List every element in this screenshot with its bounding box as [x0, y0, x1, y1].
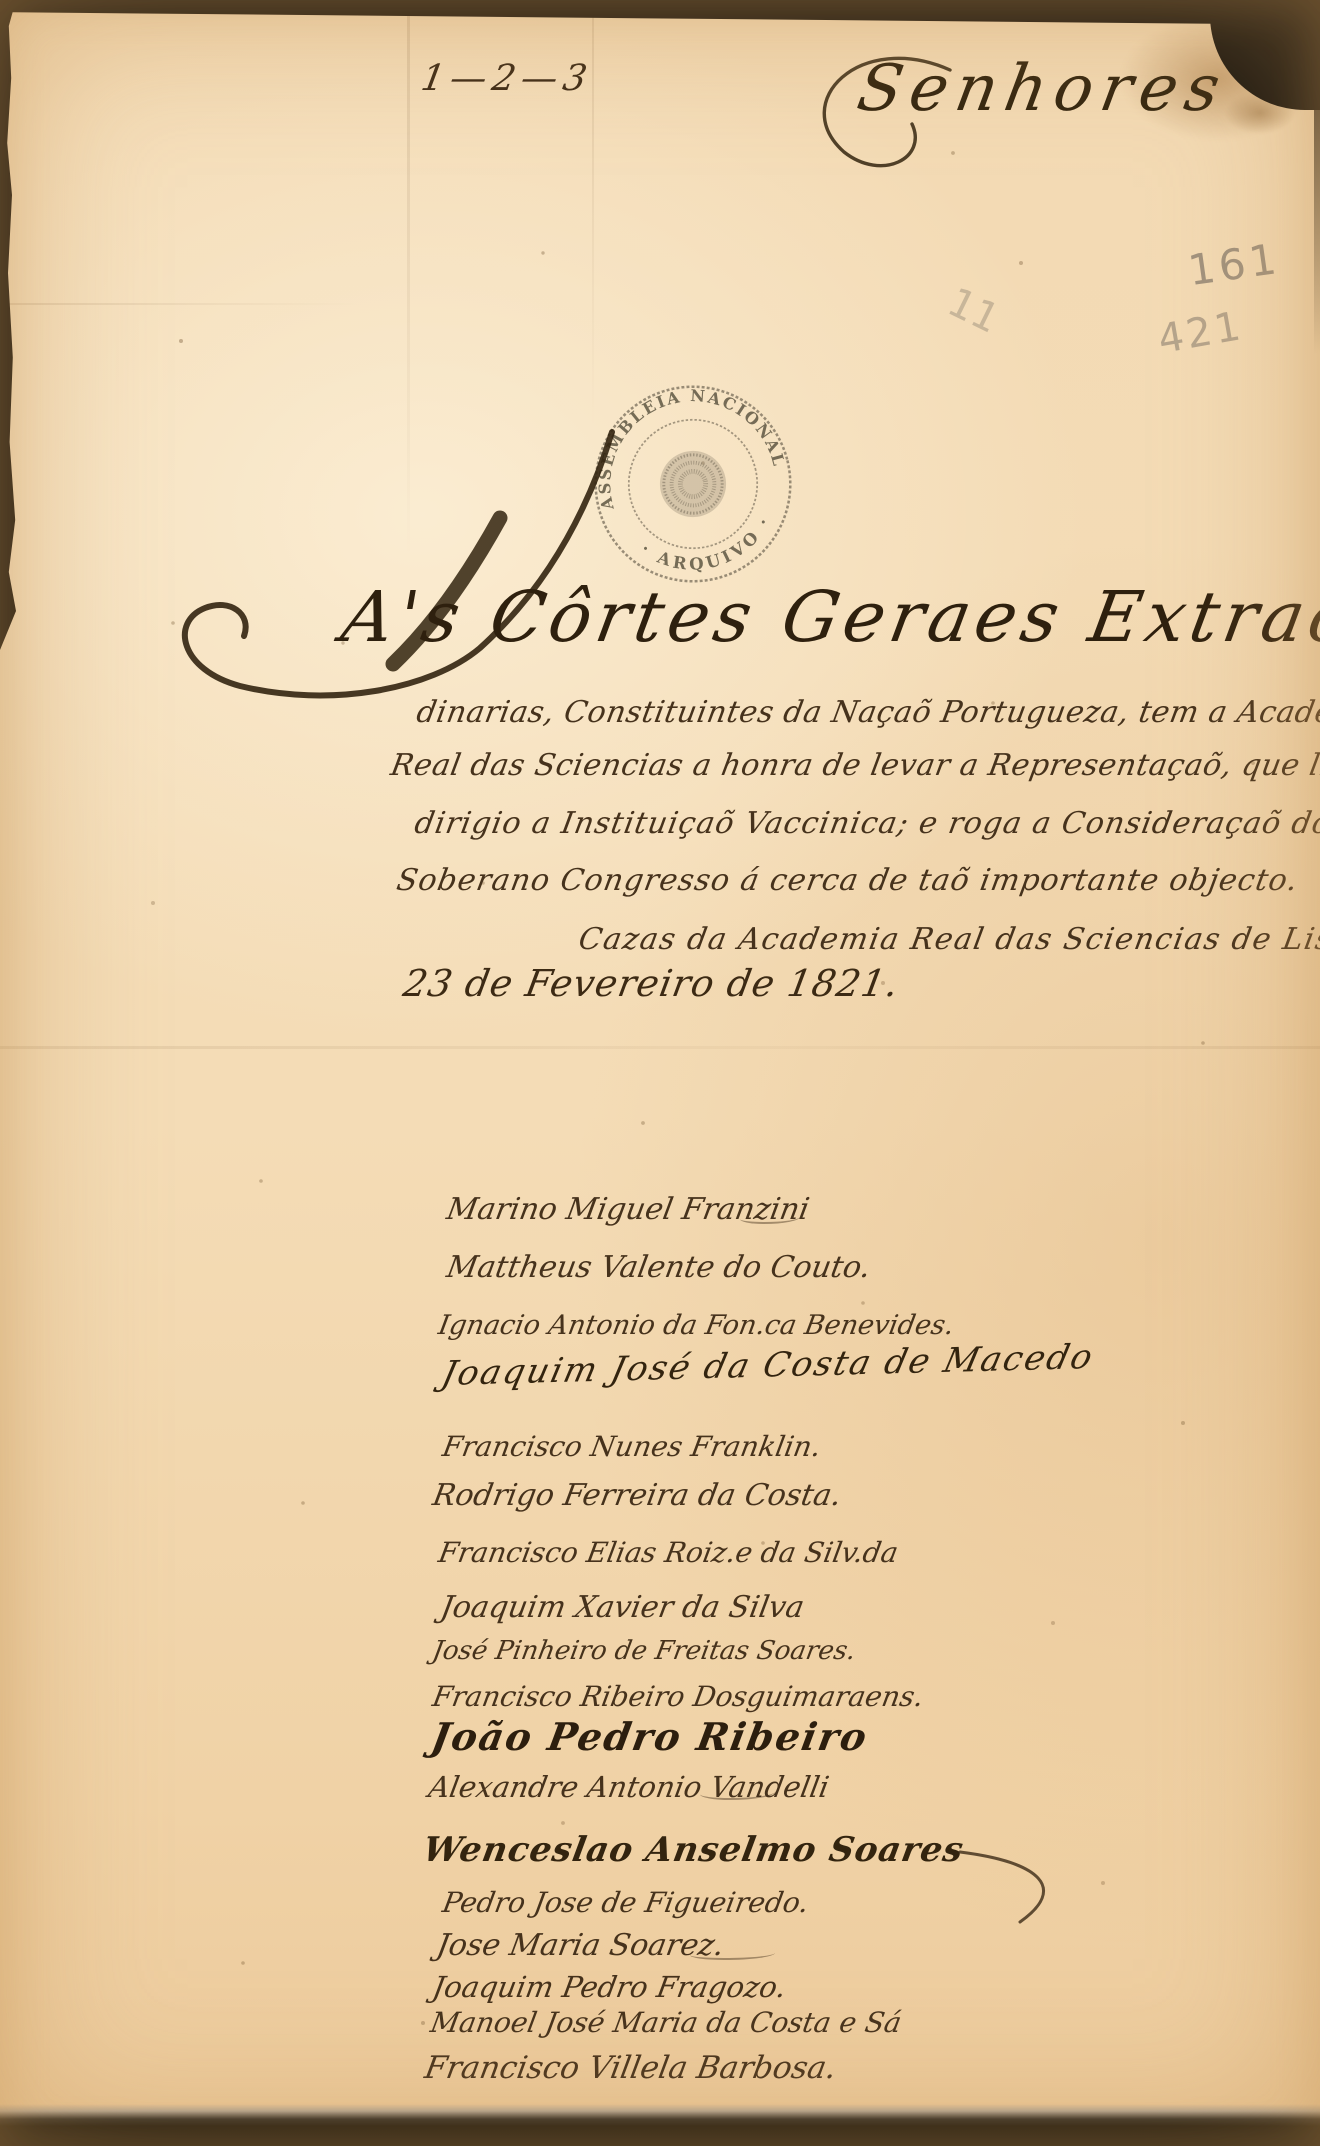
fold-crease-vertical — [407, 0, 410, 560]
body-line-4: Soberano Congresso á cerca de taõ import… — [394, 863, 1301, 898]
place-line: Cazas da Academia Real das Sciencias de … — [576, 922, 1320, 957]
signature: Pedro Jose de Figueiredo. — [440, 1886, 811, 1919]
pencil-number-bottom: 421 — [1155, 303, 1247, 363]
salutation: Senhores — [852, 52, 1233, 126]
signature: Wenceslao Anselmo Soares — [420, 1830, 967, 1870]
stain-top-right-small — [1225, 92, 1295, 134]
signature: João Pedro Ribeiro — [428, 1714, 872, 1759]
signature: Joaquim José da Costa de Macedo — [438, 1337, 1098, 1394]
signature: Joaquim Pedro Fragozo. — [430, 1970, 789, 2004]
body-line-1: dinarias, Constituintes da Naçaõ Portugu… — [414, 695, 1320, 730]
scan-edge-left — [0, 0, 16, 650]
scan-edge-top — [0, 0, 1320, 25]
signature: Mattheus Valente do Couto. — [444, 1250, 873, 1285]
document-title: A's Côrtes Geraes Extraor— — [336, 576, 1320, 658]
body-line-3: dirigio a Instituiçaõ Vaccinica; e roga … — [412, 806, 1320, 841]
signature: Marino Miguel Franzini — [444, 1192, 812, 1227]
signature: Alexandre Antonio Vandelli — [426, 1770, 832, 1804]
signature: José Pinheiro de Freitas Soares. — [430, 1636, 858, 1666]
signature: Joaquim Xavier da Silva — [438, 1590, 807, 1625]
pencil-number-top: 161 — [1185, 234, 1283, 295]
scan-edge-bottom — [0, 2104, 1320, 2146]
signature: Jose Maria Soarez. — [434, 1928, 727, 1963]
signature: Ignacio Antonio da Fon.ca Benevides. — [436, 1310, 956, 1341]
fold-crease-horizontal — [0, 1046, 1320, 1049]
signature: Francisco Villela Barbosa. — [422, 2050, 839, 2086]
signature: Francisco Elias Roiz.e da Silv.da — [436, 1536, 901, 1569]
body-line-2: Real das Sciencias a honra de levar a Re… — [388, 748, 1320, 783]
signature: Rodrigo Ferreira da Costa. — [430, 1478, 844, 1513]
scan-edge-right — [1314, 14, 1320, 354]
signature: Francisco Nunes Franklin. — [440, 1430, 824, 1463]
date-line: 23 de Fevereiro de 1821. — [400, 962, 903, 1005]
signature: Francisco Ribeiro Dosguimaraens. — [430, 1680, 926, 1713]
manuscript-page: 1—2—3 Senhores 11 161 421 ASSEMBLEIA NAC… — [0, 0, 1320, 2146]
scan-vignette — [0, 0, 1320, 2146]
archive-stamp: ASSEMBLEIA NACIONAL · ARQUIVO · — [563, 354, 822, 613]
fold-crease-horizontal-2 — [0, 303, 360, 305]
pencil-tick-annotation: 11 — [940, 279, 1006, 343]
signature-flourish — [950, 1840, 1100, 1930]
paper-speckles — [0, 0, 2, 2]
signature: Manoel José Maria da Costa e Sá — [428, 2006, 904, 2039]
page-number-annotation: 1—2—3 — [418, 58, 596, 99]
